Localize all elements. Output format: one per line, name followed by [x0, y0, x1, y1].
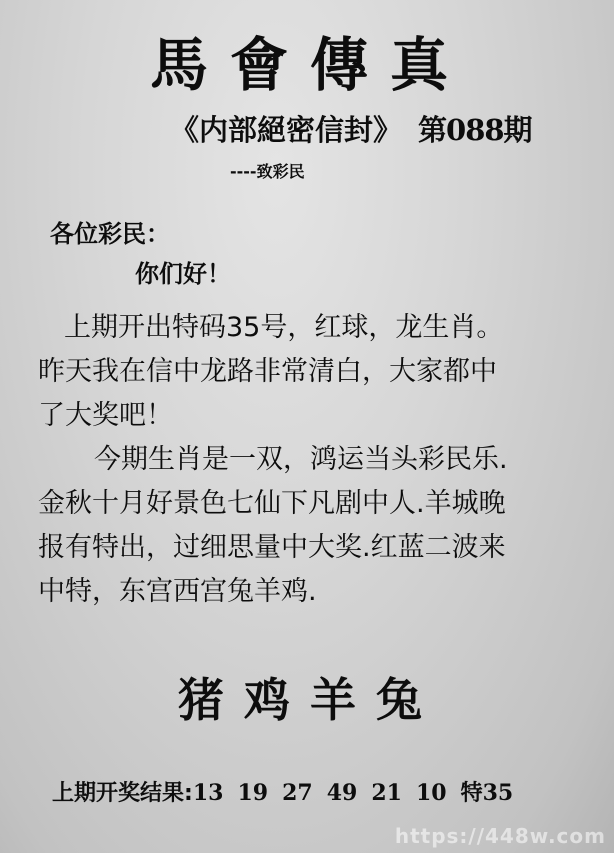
last-results: 上期开奖结果:131927492110特35 — [52, 776, 513, 811]
greeting: 各位彩民： — [50, 216, 170, 252]
special-number: 特35 — [461, 780, 514, 806]
hello-line: 你们好！ — [135, 256, 231, 292]
result-number: 10 — [416, 780, 447, 806]
body-line: 昨天我在信中龙路非常清白，大家都中 — [38, 350, 583, 394]
result-number: 19 — [237, 780, 268, 806]
result-number: 21 — [371, 780, 402, 806]
zodiac-pick: 猪鸡羊兔 — [178, 670, 442, 730]
body-line: 金秋十月好景色七仙下凡剧中人.羊城晚 — [38, 482, 583, 526]
body-line: 今期生肖是一双，鸿运当头彩民乐. — [38, 438, 583, 482]
issue-number: 第088期 — [418, 113, 532, 147]
result-number: 27 — [282, 780, 313, 806]
byline: ----致彩民 — [230, 160, 305, 184]
watermark-url: https://448w.com — [395, 822, 606, 850]
results-label: 上期开奖结果: — [52, 781, 193, 806]
body-line: 中特，东宫西宫兔羊鸡. — [38, 570, 583, 614]
subtitle: 《内部絕密信封》第088期 — [170, 110, 532, 150]
masthead-title: 馬會傳真 — [150, 30, 470, 100]
body-line: 报有特出，过细思量中大奖.红蓝二波来 — [38, 526, 583, 570]
flyer-page: 馬會傳真 《内部絕密信封》第088期 ----致彩民 各位彩民： 你们好！ 上期… — [0, 0, 614, 853]
letter-body: 上期开出特码35号，红球，龙生肖。 昨天我在信中龙路非常清白，大家都中 了大奖吧… — [38, 306, 583, 614]
body-line: 上期开出特码35号，红球，龙生肖。 — [38, 306, 583, 350]
subtitle-label: 《内部絕密信封》 — [170, 113, 402, 147]
result-number: 13 — [193, 780, 224, 806]
body-line: 了大奖吧！ — [38, 394, 583, 438]
result-number: 49 — [327, 780, 358, 806]
